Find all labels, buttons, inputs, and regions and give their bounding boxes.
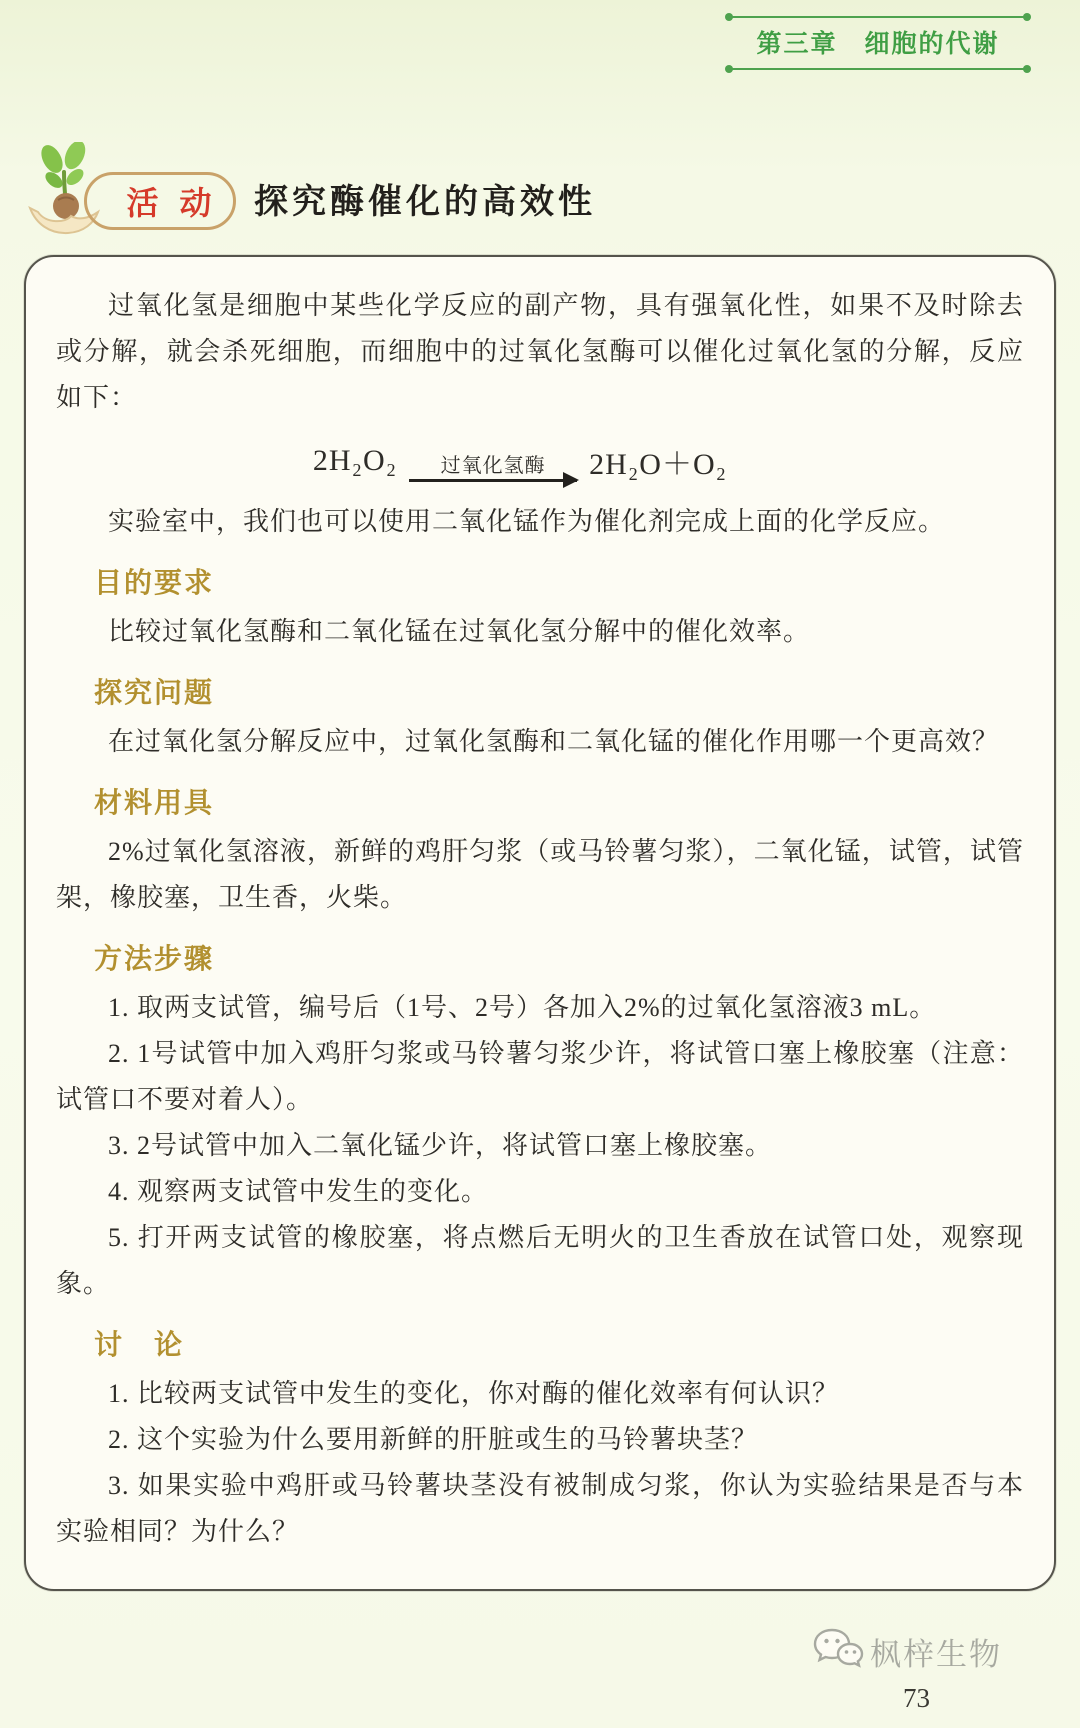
step-item: 5. 打开两支试管的橡胶塞，将点燃后无明火的卫生香放在试管口处，观察现象。 xyxy=(56,1215,1024,1307)
step-item: 2. 1号试管中加入鸡肝匀浆或马铃薯匀浆少许，将试管口塞上橡胶塞（注意：试管口不… xyxy=(56,1031,1024,1123)
watermark: 枫梓生物 xyxy=(812,1627,1002,1676)
section-discussion: 讨 论 1. 比较两支试管中发生的变化，你对酶的催化效率有何认识？ 2. 这个实… xyxy=(56,1323,1024,1555)
equation-arrow: 过氧化氢酶 xyxy=(409,454,577,482)
section-question: 探究问题 在过氧化氢分解反应中，过氧化氢酶和二氧化锰的催化作用哪一个更高效？ xyxy=(56,671,1024,765)
discussion-item: 1. 比较两支试管中发生的变化，你对酶的催化效率有何认识？ xyxy=(56,1371,1024,1417)
section-steps: 方法步骤 1. 取两支试管，编号后（1号、2号）各加入2%的过氧化氢溶液3 mL… xyxy=(56,937,1024,1307)
right-arrow-icon xyxy=(409,479,577,482)
page-number: 73 xyxy=(903,1683,930,1714)
wechat-icon xyxy=(812,1627,864,1676)
activity-content-box: 过氧化氢是细胞中某些化学反应的副产物，具有强氧化性，如果不及时除去或分解，就会杀… xyxy=(24,255,1056,1591)
intro-paragraph: 过氧化氢是细胞中某些化学反应的副产物，具有强氧化性，如果不及时除去或分解，就会杀… xyxy=(56,283,1024,421)
textbook-page: 第三章 细胞的代谢 活 动 探究酶催化的高效性 xyxy=(0,0,1080,1728)
equation-catalyst-label: 过氧化氢酶 xyxy=(441,454,546,478)
section-paragraph: 比较过氧化氢酶和二氧化锰在过氧化氢分解中的催化效率。 xyxy=(56,609,1024,655)
activity-badge-label: 活 动 xyxy=(103,178,218,224)
after-equation-paragraph: 实验室中，我们也可以使用二氧化锰作为催化剂完成上面的化学反应。 xyxy=(56,499,1024,545)
activity-header: 活 动 探究酶催化的高效性 xyxy=(26,142,1026,242)
step-item: 4. 观察两支试管中发生的变化。 xyxy=(56,1169,1024,1215)
section-heading: 材料用具 xyxy=(94,781,1024,821)
discussion-item: 3. 如果实验中鸡肝或马铃薯块茎没有被制成匀浆，你认为实验结果是否与本实验相同？… xyxy=(56,1463,1024,1555)
activity-title: 探究酶催化的高效性 xyxy=(254,174,596,223)
watermark-text: 枫梓生物 xyxy=(870,1629,1002,1674)
step-item: 3. 2号试管中加入二氧化锰少许，将试管口塞上橡胶塞。 xyxy=(56,1123,1024,1169)
chapter-title: 第三章 细胞的代谢 xyxy=(728,18,1028,68)
section-paragraph: 2%过氧化氢溶液，新鲜的鸡肝匀浆（或马铃薯匀浆），二氧化锰，试管，试管架，橡胶塞… xyxy=(56,829,1024,921)
section-heading: 目的要求 xyxy=(94,561,1024,601)
equation-reactant: 2H₂O₂ xyxy=(313,444,397,478)
section-paragraph: 在过氧化氢分解反应中，过氧化氢酶和二氧化锰的催化作用哪一个更高效？ xyxy=(56,719,1024,765)
section-heading: 探究问题 xyxy=(94,671,1024,711)
section-purpose: 目的要求 比较过氧化氢酶和二氧化锰在过氧化氢分解中的催化效率。 xyxy=(56,561,1024,655)
step-item: 1. 取两支试管，编号后（1号、2号）各加入2%的过氧化氢溶液3 mL。 xyxy=(56,985,1024,1031)
section-materials: 材料用具 2%过氧化氢溶液，新鲜的鸡肝匀浆（或马铃薯匀浆），二氧化锰，试管，试管… xyxy=(56,781,1024,921)
header-rule-bottom xyxy=(728,68,1028,70)
section-heading: 方法步骤 xyxy=(94,937,1024,977)
activity-badge: 活 动 xyxy=(84,172,236,230)
section-heading: 讨 论 xyxy=(94,1323,1024,1363)
header-rule-top xyxy=(728,16,1028,18)
chapter-header: 第三章 细胞的代谢 xyxy=(728,16,1028,70)
chemical-equation: 2H₂O₂ 过氧化氢酶 2H₂O＋O₂ xyxy=(56,429,984,493)
discussion-item: 2. 这个实验为什么要用新鲜的肝脏或生的马铃薯块茎？ xyxy=(56,1417,1024,1463)
equation-product: 2H₂O＋O₂ xyxy=(589,439,727,483)
